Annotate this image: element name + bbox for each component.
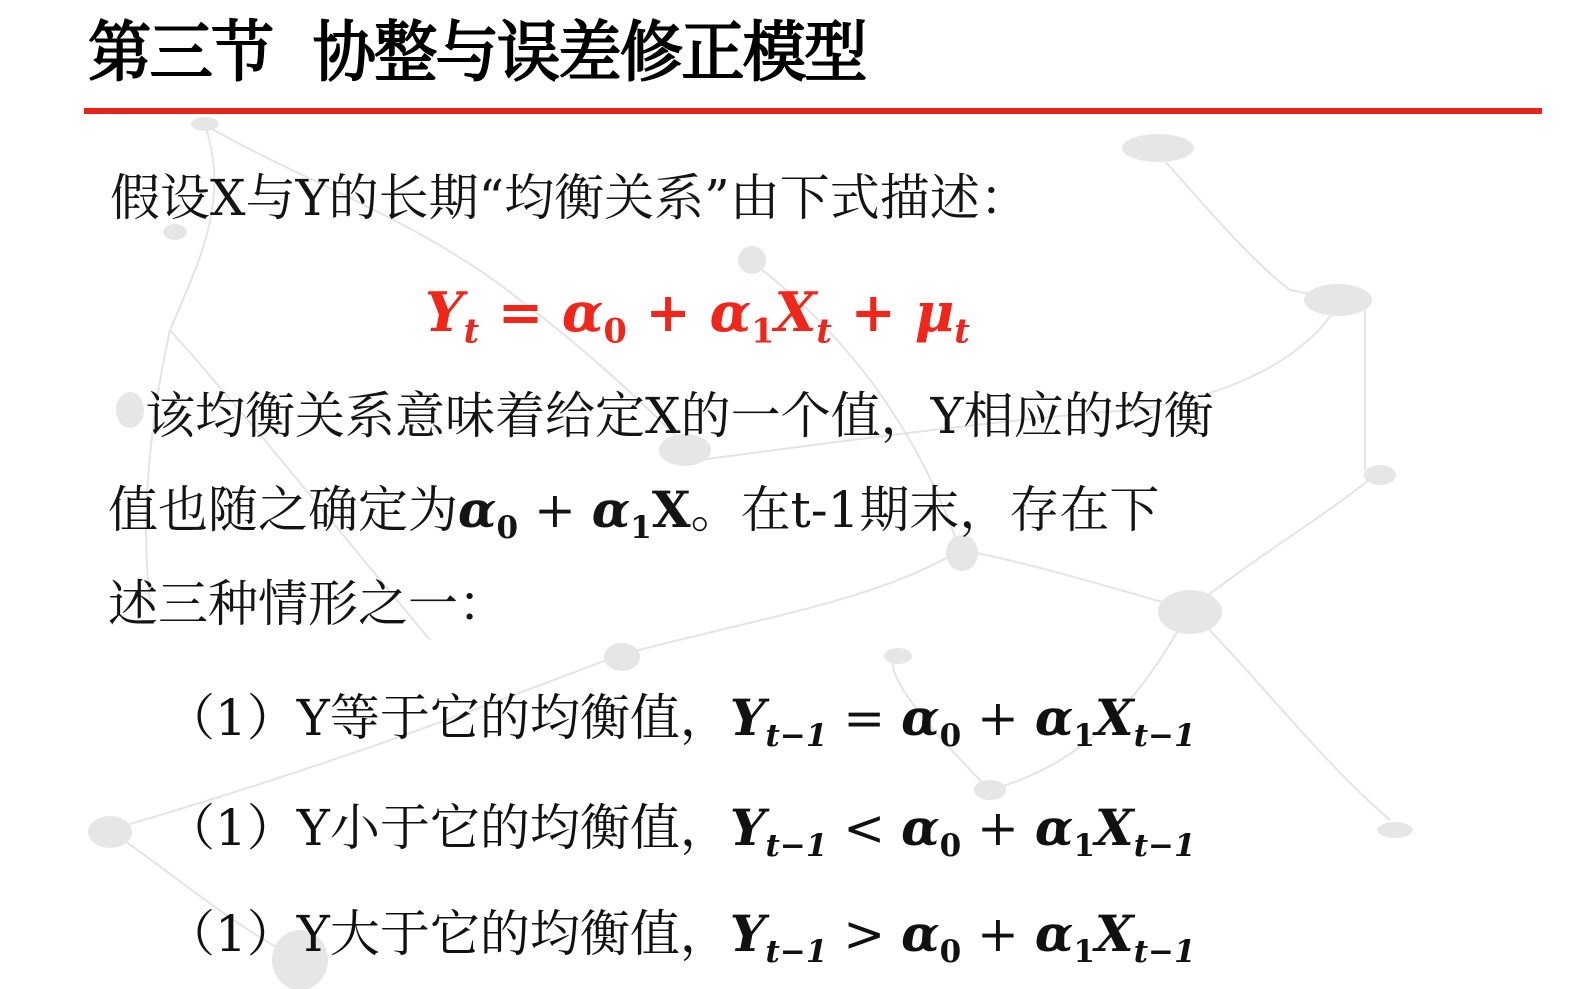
case-alpha1-sub: 1 xyxy=(1073,718,1095,754)
eq-mu: μ xyxy=(915,280,955,344)
eq-x: X xyxy=(774,280,816,344)
case-label: （1）Y小于它的均衡值， xyxy=(165,799,730,857)
case-plus: + xyxy=(961,689,1035,747)
intro-text: 假设X与Y的长期“均衡关系”由下式描述： xyxy=(110,166,1030,230)
case-item-3: （1）Y大于它的均衡值，Yt−1 > α0 + α1Xt−1 xyxy=(165,902,1196,984)
eq-equals: = xyxy=(479,280,562,344)
eq-plus: + xyxy=(832,280,915,344)
case-alpha1: α xyxy=(1035,798,1073,857)
case-x-sub: t−1 xyxy=(1134,718,1196,754)
para2-text-post: 。在t-1期末，存在下 xyxy=(691,481,1160,539)
case-formula: Yt−1 < α0 + α1Xt−1 xyxy=(730,798,1196,857)
case-alpha0: α xyxy=(901,798,939,857)
case-alpha1-sub: 1 xyxy=(1073,934,1095,970)
case-alpha0-sub: 0 xyxy=(940,718,962,754)
para2-alpha1: α xyxy=(592,480,630,539)
case-x-sub: t−1 xyxy=(1134,934,1196,970)
case-plus: + xyxy=(961,905,1035,963)
case-y: Y xyxy=(730,904,766,963)
para2-math: α0 + α1X xyxy=(458,480,691,539)
case-y-sub: t−1 xyxy=(766,718,828,754)
case-x: X xyxy=(1095,688,1134,747)
para2-plus: + xyxy=(518,481,592,539)
paragraph-line-2: 值也随之确定为α0 + α1X。在t-1期末，存在下 xyxy=(108,478,1159,560)
case-plus: + xyxy=(961,799,1035,857)
para2-alpha1-sub: 1 xyxy=(630,510,652,546)
eq-alpha0: α xyxy=(562,280,604,344)
case-formula: Yt−1 > α0 + α1Xt−1 xyxy=(730,904,1196,963)
eq-y-sub: t xyxy=(464,312,479,351)
para2-alpha0-sub: 0 xyxy=(496,510,518,546)
case-x: X xyxy=(1095,904,1134,963)
case-label: （1）Y等于它的均衡值， xyxy=(165,689,730,747)
case-label: （1）Y大于它的均衡值， xyxy=(165,905,730,963)
case-operator: = xyxy=(827,689,901,747)
paragraph-line-1: 该均衡关系意味着给定X的一个值，Y相应的均衡 xyxy=(145,384,1214,448)
eq-alpha0-sub: 0 xyxy=(603,312,626,351)
case-alpha0: α xyxy=(901,904,939,963)
eq-mu-sub: t xyxy=(954,312,969,351)
slide-title: 第三节 协整与误差修正模型 xyxy=(88,8,866,98)
case-formula: Yt−1 = α0 + α1Xt−1 xyxy=(730,688,1196,747)
equilibrium-equation: Yt = α0 + α1Xt + μt xyxy=(425,280,970,364)
case-alpha1: α xyxy=(1035,904,1073,963)
case-x-sub: t−1 xyxy=(1134,828,1196,864)
eq-plus: + xyxy=(627,280,710,344)
case-operator: < xyxy=(827,799,901,857)
case-y-sub: t−1 xyxy=(766,934,828,970)
eq-alpha1: α xyxy=(710,280,752,344)
case-y-sub: t−1 xyxy=(766,828,828,864)
case-alpha0-sub: 0 xyxy=(940,828,962,864)
case-alpha0: α xyxy=(901,688,939,747)
case-operator: > xyxy=(827,905,901,963)
title-underline-divider xyxy=(84,108,1542,114)
case-alpha1-sub: 1 xyxy=(1073,828,1095,864)
para2-x: X xyxy=(652,480,691,539)
case-item-2: （1）Y小于它的均衡值，Yt−1 < α0 + α1Xt−1 xyxy=(165,796,1196,878)
case-y: Y xyxy=(730,688,766,747)
eq-y: Y xyxy=(425,280,464,344)
paragraph-line-3: 述三种情形之一： xyxy=(108,572,508,636)
para2-text-pre: 值也随之确定为 xyxy=(108,481,458,539)
para2-alpha0: α xyxy=(458,480,496,539)
case-x: X xyxy=(1095,798,1134,857)
case-item-1: （1）Y等于它的均衡值，Yt−1 = α0 + α1Xt−1 xyxy=(165,686,1196,768)
case-alpha0-sub: 0 xyxy=(940,934,962,970)
slide: 第三节 协整与误差修正模型 假设X与Y的长期“均衡关系”由下式描述： Yt = … xyxy=(0,0,1582,989)
case-y: Y xyxy=(730,798,766,857)
eq-alpha1-sub: 1 xyxy=(751,312,774,351)
eq-x-sub: t xyxy=(816,312,831,351)
case-alpha1: α xyxy=(1035,688,1073,747)
